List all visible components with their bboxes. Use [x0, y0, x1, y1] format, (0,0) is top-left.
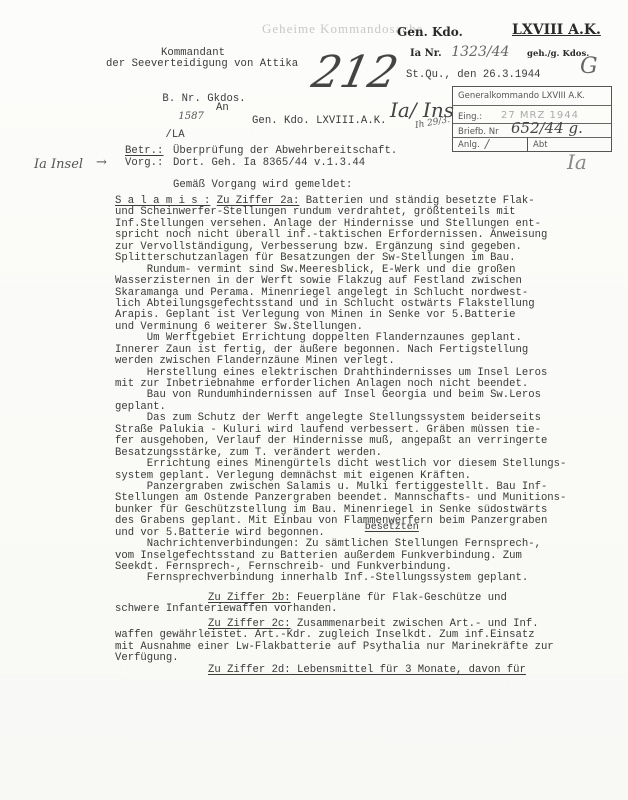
sender-ref-suffix: /LA: [165, 129, 184, 141]
body-line: Um Werftgebiet Errichtung doppelten Flan…: [115, 333, 615, 344]
nachricht-line: Fernsprechverbindung innerhalb Inf.-Stel…: [115, 573, 615, 584]
handwritten-ia-below-box: Ia: [567, 150, 587, 174]
sender-ref-number: 1587: [178, 111, 203, 122]
vorg-label: Vorg.:: [125, 158, 163, 169]
ziffer-2a-label: Zu Ziffer 2a:: [217, 195, 300, 207]
ia-nr-value: 1323/44: [451, 44, 509, 60]
ziffer-2c-label: Zu Ziffer 2c:: [208, 618, 291, 630]
ziffer-2d-text: Lebensmittel für 3 Monate, davon für: [291, 664, 526, 676]
body-line: Batterien und ständig besetzte Flak-: [299, 195, 534, 207]
inserted-word: besetzten: [365, 522, 419, 533]
ziffer-2b-text: Feuerpläne für Flak-Geschütze und: [291, 592, 507, 604]
place-date: St.Qu., den 26.3.1944: [406, 70, 541, 81]
arrow-icon: →: [96, 155, 107, 170]
ziffer-2c-text: Zusammenarbeit zwischen Art.- und Inf.: [291, 618, 539, 630]
handwritten-number: 212: [308, 47, 403, 98]
body-line: fer ausgehoben, Verlauf der Hindernisse …: [115, 436, 615, 447]
ziffer-2d-label: Zu Ziffer 2d:: [208, 664, 291, 676]
receipt-brief-label: Briefb. Nr: [458, 127, 499, 137]
ziffer-2b-label: Zu Ziffer 2b:: [208, 592, 291, 604]
ziffer-2b-line2: schwere Infanteriewaffen vorhanden.: [115, 604, 615, 615]
vorg-text: Dort. Geh. Ia 8365/44 v.1.3.44: [173, 158, 365, 169]
body-line: Bau von Rundumhindernissen auf Insel Geo…: [115, 390, 615, 401]
body-line: Splitterschutzanlagen für Besatzungen de…: [115, 253, 615, 264]
ziffer-2d-line: Zu Ziffer 2d: Lebensmittel für 3 Monate,…: [115, 665, 615, 676]
receipt-abt-label: Abt: [533, 140, 548, 150]
receipt-anlg-label: Anlg.: [458, 140, 480, 150]
salamis-heading: S a l a m i s :: [115, 195, 210, 207]
body-line: und vor 5.Batterie wird begonnen.: [115, 527, 325, 539]
ia-nr-label: Ia Nr.: [410, 48, 442, 59]
ziffer-2c-cont: waffen gewährleistet. Art.-Kdr. zugleich…: [115, 630, 615, 641]
handwritten-initial: G: [580, 54, 598, 79]
gen-kdo-stamp: Gen. Kdo.: [397, 25, 463, 39]
receipt-stamp: Generalkommando LXVIII A.K. Eing.: 27 MR…: [452, 86, 612, 152]
corps-stamp: LXVIII A.K.: [512, 22, 601, 38]
receipt-brief-number: 652/44 g.: [511, 119, 583, 137]
body-line: Errichtung eines Minengürtels dicht west…: [115, 459, 615, 470]
document-page: Geheime Kommandosache Gen. Kdo. LXVIII A…: [0, 0, 628, 800]
receipt-anlg-value: /: [485, 137, 489, 151]
body-line: werden zwischen Flandernzäune Minen verl…: [115, 356, 615, 367]
ia-number-stamp: Ia Nr. 1323/44 geh./g. Kdos.: [410, 43, 589, 61]
betr-text: Überprüfung der Abwehrbereitschaft.: [173, 146, 397, 157]
intro-line: Gemäß Vorgang wird gemeldet:: [173, 180, 352, 191]
sender-ref-prefix: B. Nr. Gkdos.: [162, 93, 245, 105]
receipt-eing-label: Eing.:: [458, 112, 482, 122]
handwritten-margin-note: Ia Insel: [34, 157, 83, 172]
addressee-an: An: [216, 103, 229, 114]
receipt-stamp-title: Generalkommando LXVIII A.K.: [458, 91, 585, 101]
body-line: Wasserzisternen in der Werft sowie Flakz…: [115, 276, 615, 287]
report-body: S a l a m i s : Zu Ziffer 2a: Batterien …: [115, 196, 615, 676]
addressee-recipient: Gen. Kdo. LXVIII.A.K.: [252, 116, 387, 127]
ziffer-2c-cont: mit Ausnahme einer Lw-Flakbatterie auf P…: [115, 642, 615, 653]
betr-label: Betr.:: [125, 146, 163, 157]
sender-unit: der Seeverteidigung von Attika: [106, 59, 298, 70]
nachricht-line: Nachrichtenverbindungen: Zu sämtlichen S…: [115, 539, 615, 550]
